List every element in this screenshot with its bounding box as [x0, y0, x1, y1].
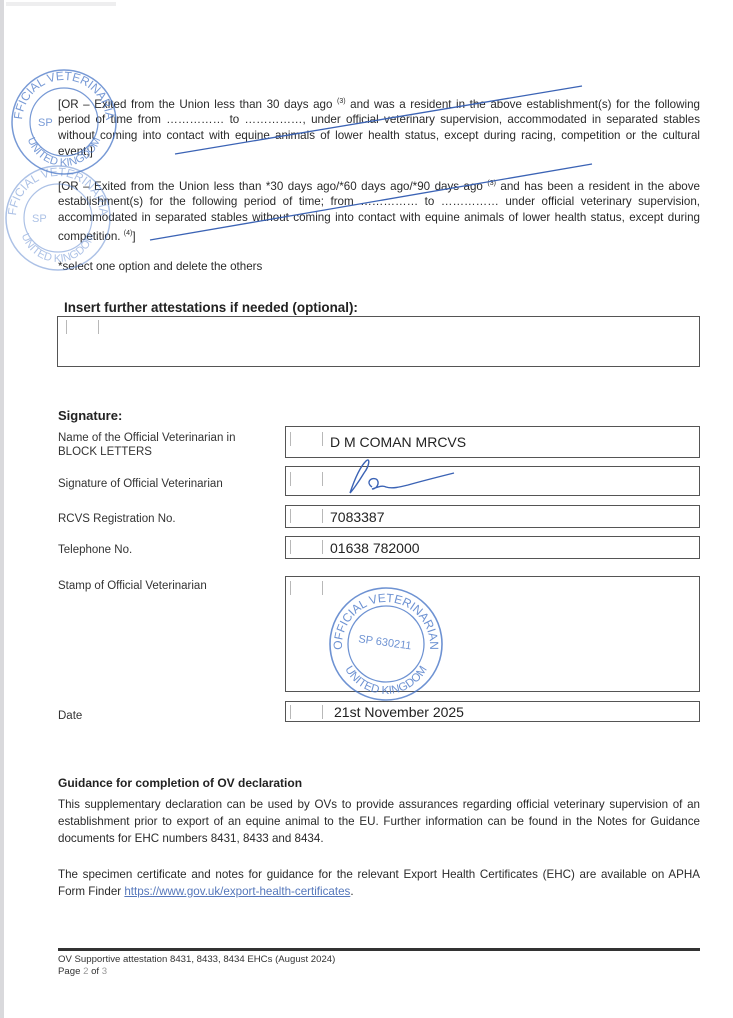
field-marker [290, 509, 291, 523]
name-field[interactable]: D M COMAN MRCVS [285, 426, 700, 458]
stamp-field[interactable] [285, 576, 700, 692]
rcvs-value: 7083387 [330, 509, 385, 525]
option-2-paragraph: [OR – Exited from the Union less than *3… [58, 176, 700, 244]
field-marker [98, 320, 99, 334]
guidance-paragraph-2: The specimen certificate and notes for g… [58, 866, 700, 900]
name-value: D M COMAN MRCVS [330, 434, 466, 450]
date-value: 21st November 2025 [334, 704, 464, 720]
scan-header-artifact [6, 2, 116, 6]
field-marker [66, 320, 67, 334]
select-option-note: *select one option and delete the others [58, 260, 262, 273]
field-marker [322, 581, 323, 595]
date-field[interactable]: 21st November 2025 [285, 701, 700, 722]
signature-heading: Signature: [58, 408, 122, 423]
date-label: Date [58, 709, 82, 723]
guidance-paragraph-1: This supplementary declaration can be us… [58, 796, 700, 847]
field-marker [322, 509, 323, 523]
handwritten-signature [338, 457, 468, 497]
telephone-field[interactable]: 01638 782000 [285, 536, 700, 559]
signature-field[interactable] [285, 466, 700, 496]
svg-text:SP: SP [38, 117, 53, 129]
field-marker [322, 472, 323, 486]
page-footer: OV Supportive attestation 8431, 8433, 84… [58, 954, 335, 978]
field-marker [322, 540, 323, 554]
footer-rule [58, 948, 700, 951]
field-marker [290, 581, 291, 595]
svg-text:SP: SP [32, 213, 47, 225]
name-label: Name of the Official Veterinarian in BLO… [58, 431, 268, 459]
export-health-certificates-link[interactable]: https://www.gov.uk/export-health-certifi… [124, 885, 350, 898]
telephone-label: Telephone No. [58, 543, 132, 557]
page-number: Page 2 of 3 [58, 966, 335, 978]
further-attestations-field[interactable] [57, 316, 700, 367]
telephone-value: 01638 782000 [330, 540, 420, 556]
rcvs-label: RCVS Registration No. [58, 512, 176, 526]
field-marker [290, 705, 291, 719]
stamp-label: Stamp of Official Veterinarian [58, 579, 207, 593]
further-attestations-heading: Insert further attestations if needed (o… [64, 300, 358, 315]
option-1-paragraph: [OR – Exited from the Union less than 30… [58, 94, 700, 159]
rcvs-field[interactable]: 7083387 [285, 505, 700, 528]
field-marker [290, 472, 291, 486]
page-edge [0, 0, 4, 1018]
guidance-heading: Guidance for completion of OV declaratio… [58, 776, 302, 790]
field-marker [322, 705, 323, 719]
field-marker [322, 432, 323, 446]
footer-document-title: OV Supportive attestation 8431, 8433, 84… [58, 954, 335, 966]
signature-label: Signature of Official Veterinarian [58, 477, 223, 491]
field-marker [290, 540, 291, 554]
field-marker [290, 432, 291, 446]
